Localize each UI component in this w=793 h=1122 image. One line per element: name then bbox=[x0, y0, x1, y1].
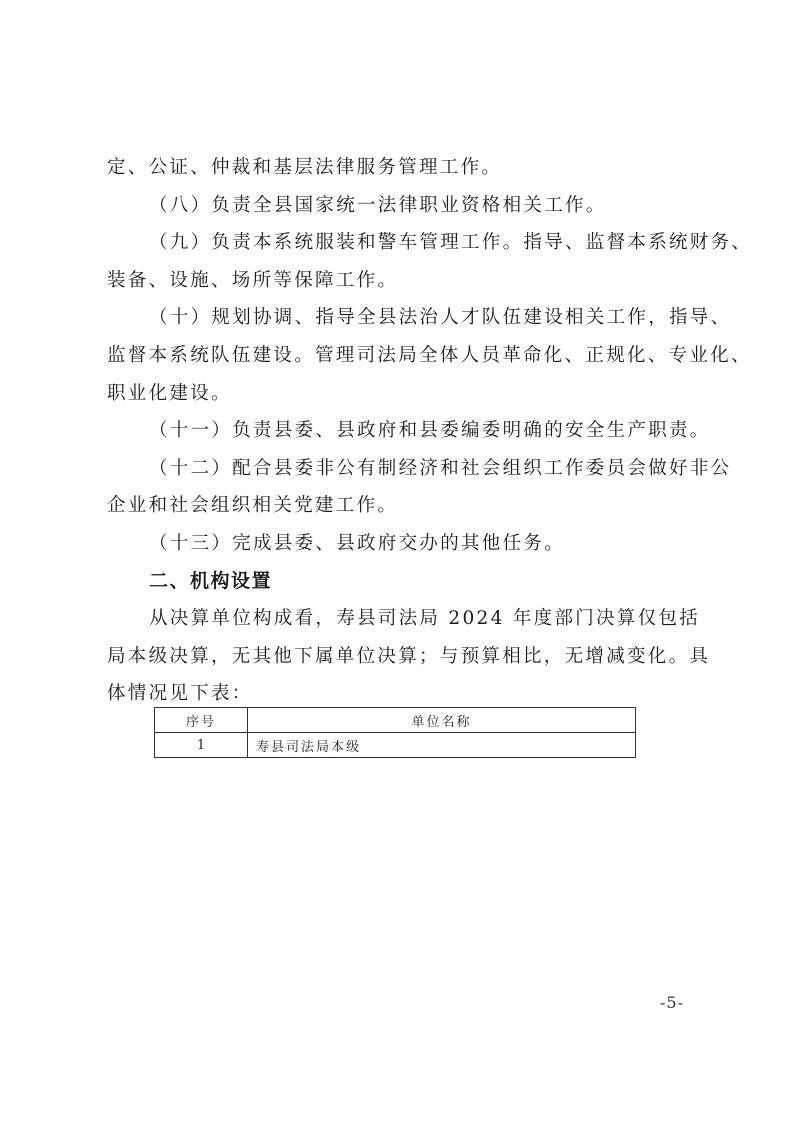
header-unit-name: 单位名称 bbox=[248, 708, 636, 733]
cell-unit-name: 寿县司法局本级 bbox=[248, 733, 636, 758]
header-serial-number: 序号 bbox=[155, 708, 248, 733]
table-header-row: 序号 单位名称 bbox=[155, 708, 636, 733]
paragraph-line: （八）负责全县国家统一法律职业资格相关工作。 bbox=[107, 187, 691, 225]
table-row: 1 寿县司法局本级 bbox=[155, 733, 636, 758]
unit-table: 序号 单位名称 1 寿县司法局本级 bbox=[154, 707, 636, 758]
paragraph-line: 装备、设施、场所等保障工作。 bbox=[107, 262, 691, 300]
paragraph-line: 企业和社会组织相关党建工作。 bbox=[107, 487, 691, 525]
paragraph-line: 局本级决算，无其他下属单位决算；与预算相比，无增减变化。具 bbox=[107, 638, 691, 676]
cell-serial-number: 1 bbox=[155, 733, 248, 758]
unit-table-container: 序号 单位名称 1 寿县司法局本级 bbox=[154, 707, 636, 758]
document-body: 定、公证、仲裁和基层法律服务管理工作。 （八）负责全县国家统一法律职业资格相关工… bbox=[107, 149, 691, 713]
section-heading: 二、机构设置 bbox=[107, 563, 691, 601]
paragraph-line: （十一）负责县委、县政府和县委编委明确的安全生产职责。 bbox=[107, 412, 691, 450]
paragraph-line: 职业化建设。 bbox=[107, 375, 691, 413]
paragraph-line: （十）规划协调、指导全县法治人才队伍建设相关工作，指导、 bbox=[107, 299, 691, 337]
paragraph-line: 监督本系统队伍建设。管理司法局全体人员革命化、正规化、专业化、 bbox=[107, 337, 691, 375]
paragraph-line: 从决算单位构成看，寿县司法局 2024 年度部门决算仅包括 bbox=[107, 600, 691, 638]
paragraph-line: 定、公证、仲裁和基层法律服务管理工作。 bbox=[107, 149, 691, 187]
document-page: 定、公证、仲裁和基层法律服务管理工作。 （八）负责全县国家统一法律职业资格相关工… bbox=[0, 0, 793, 1122]
paragraph-line: （十二）配合县委非公有制经济和社会组织工作委员会做好非公 bbox=[107, 450, 691, 488]
paragraph-line: （十三）完成县委、县政府交办的其他任务。 bbox=[107, 525, 691, 563]
paragraph-line: （九）负责本系统服装和警车管理工作。指导、监督本系统财务、 bbox=[107, 224, 691, 262]
page-number: -5- bbox=[660, 993, 684, 1012]
